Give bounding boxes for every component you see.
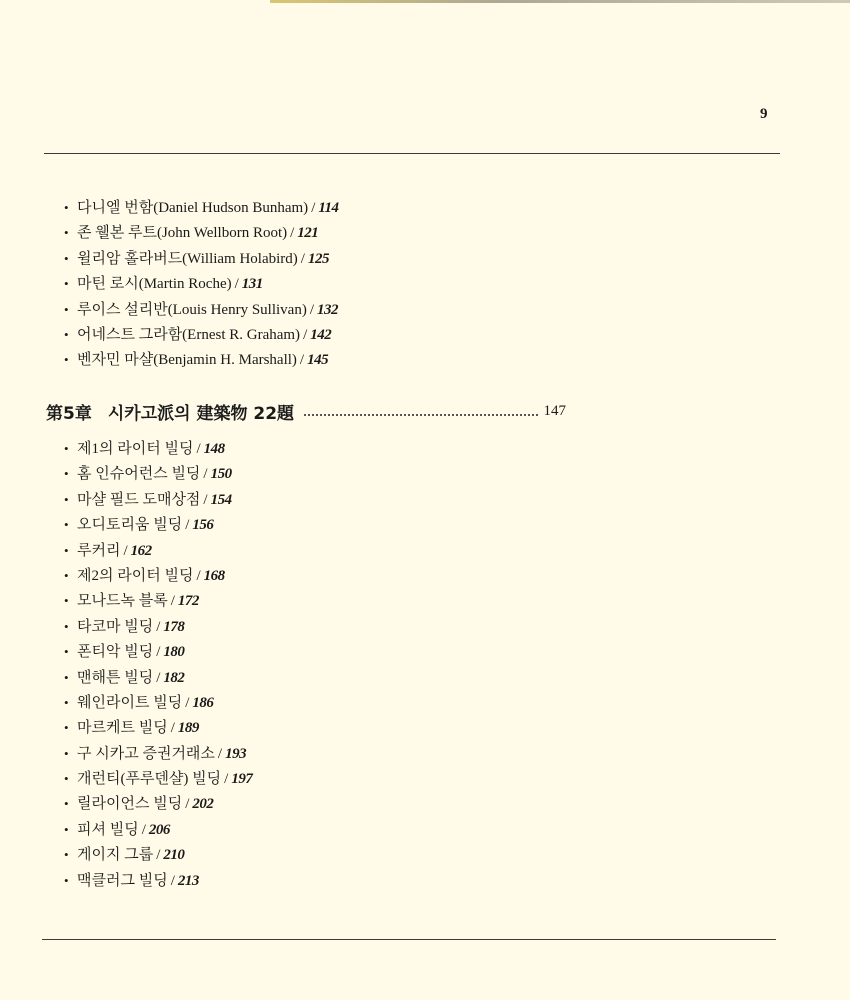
entry-title: 맥클러그 빌딩	[77, 873, 168, 889]
bullet-icon: •	[64, 791, 77, 816]
separator: /	[300, 352, 304, 368]
toc-entry-building[interactable]: •게이지 그룹/210	[64, 842, 252, 867]
toc-entry-building[interactable]: •제2의 라이터 빌딩/168	[64, 563, 252, 588]
bullet-icon: •	[64, 487, 77, 512]
entry-title: 폰티악 빌딩	[77, 644, 153, 660]
separator: /	[171, 873, 175, 889]
bullet-icon: •	[64, 715, 77, 740]
separator: /	[310, 302, 314, 318]
separator: /	[235, 276, 239, 292]
entry-title: 제2의 라이터 빌딩	[77, 568, 193, 584]
toc-entry-building[interactable]: •마샬 필드 도매상점/154	[64, 487, 252, 512]
entry-title: 제1의 라이터 빌딩	[77, 441, 193, 457]
entry-title: 릴라이언스 빌딩	[77, 796, 182, 812]
separator: /	[185, 517, 189, 533]
bullet-icon: •	[64, 868, 77, 893]
entry-title: 어네스트 그라함(Ernest R. Graham)	[77, 327, 300, 343]
entry-title: 루커리	[77, 543, 120, 559]
entry-page: 125	[308, 251, 329, 267]
separator: /	[311, 200, 315, 216]
toc-entry-building[interactable]: •피셔 빌딩/206	[64, 817, 252, 842]
entry-page: 114	[318, 200, 338, 216]
entry-title: 루이스 설리반(Louis Henry Sullivan)	[77, 302, 307, 318]
separator: /	[185, 796, 189, 812]
bullet-icon: •	[64, 271, 77, 296]
toc-entry-architect[interactable]: •루이스 설리반(Louis Henry Sullivan)/132	[64, 297, 339, 322]
separator: /	[123, 543, 127, 559]
bullet-icon: •	[64, 512, 77, 537]
separator: /	[303, 327, 307, 343]
entry-title: 다니엘 번함(Daniel Hudson Bunham)	[77, 200, 308, 216]
entry-page: 213	[178, 873, 199, 889]
separator: /	[224, 771, 228, 787]
toc-entry-architect[interactable]: •마틴 로시(Martin Roche)/131	[64, 271, 339, 296]
entry-page: 154	[211, 492, 232, 508]
separator: /	[156, 619, 160, 635]
entry-page: 150	[211, 466, 232, 482]
chapter-page: 147	[544, 403, 567, 420]
bullet-icon: •	[64, 817, 77, 842]
toc-entry-architect[interactable]: •윌리암 홀라버드(William Holabird)/125	[64, 246, 339, 271]
entry-title: 존 웰본 루트(John Wellborn Root)	[77, 225, 287, 241]
dot-leader	[304, 414, 537, 416]
toc-entry-building[interactable]: •폰티악 빌딩/180	[64, 639, 252, 664]
entry-page: 162	[131, 543, 152, 559]
entry-page: 193	[225, 746, 246, 762]
toc-entry-building[interactable]: •릴라이언스 빌딩/202	[64, 791, 252, 816]
entry-page: 145	[307, 352, 328, 368]
entry-page: 202	[192, 796, 213, 812]
entry-title: 홈 인슈어런스 빌딩	[77, 466, 200, 482]
separator: /	[156, 670, 160, 686]
separator: /	[290, 225, 294, 241]
entry-title: 구 시카고 증권거래소	[77, 746, 215, 762]
bullet-icon: •	[64, 461, 77, 486]
entry-title: 피셔 빌딩	[77, 822, 139, 838]
entry-page: 206	[149, 822, 170, 838]
bullet-icon: •	[64, 639, 77, 664]
toc-entry-building[interactable]: •구 시카고 증권거래소/193	[64, 741, 252, 766]
entry-page: 121	[297, 225, 318, 241]
toc-entry-building[interactable]: •오디토리움 빌딩/156	[64, 512, 252, 537]
toc-entry-building[interactable]: •루커리/162	[64, 538, 252, 563]
entry-title: 모나드녹 블록	[77, 593, 168, 609]
bullet-icon: •	[64, 614, 77, 639]
entry-title: 웨인라이트 빌딩	[77, 695, 182, 711]
entry-title: 게이지 그룹	[77, 847, 153, 863]
entry-page: 210	[163, 847, 184, 863]
entry-page: 156	[192, 517, 213, 533]
separator: /	[156, 644, 160, 660]
toc-entry-building[interactable]: •모나드녹 블록/172	[64, 588, 252, 613]
entry-title: 벤자민 마샬(Benjamin H. Marshall)	[77, 352, 297, 368]
bullet-icon: •	[64, 741, 77, 766]
entry-title: 타코마 빌딩	[77, 619, 153, 635]
separator: /	[171, 720, 175, 736]
bullet-icon: •	[64, 297, 77, 322]
entry-page: 197	[231, 771, 252, 787]
toc-entry-building[interactable]: •홈 인슈어런스 빌딩/150	[64, 461, 252, 486]
entry-page: 180	[163, 644, 184, 660]
entry-page: 186	[192, 695, 213, 711]
bullet-icon: •	[64, 842, 77, 867]
entry-page: 148	[204, 441, 225, 457]
page-number: 9	[760, 106, 768, 123]
separator: /	[156, 847, 160, 863]
separator: /	[203, 466, 207, 482]
toc-entry-architect[interactable]: •어네스트 그라함(Ernest R. Graham)/142	[64, 322, 339, 347]
bullet-icon: •	[64, 766, 77, 791]
separator: /	[196, 441, 200, 457]
bullet-icon: •	[64, 588, 77, 613]
separator: /	[185, 695, 189, 711]
bullet-icon: •	[64, 220, 77, 245]
entry-page: 132	[317, 302, 338, 318]
entry-page: 172	[178, 593, 199, 609]
entry-title: 마샬 필드 도매상점	[77, 492, 200, 508]
entry-page: 182	[163, 670, 184, 686]
building-list: •제1의 라이터 빌딩/148•홈 인슈어런스 빌딩/150•마샬 필드 도매상…	[64, 436, 252, 893]
bullet-icon: •	[64, 538, 77, 563]
separator: /	[203, 492, 207, 508]
entry-title: 맨해튼 빌딩	[77, 670, 153, 686]
entry-page: 178	[163, 619, 184, 635]
toc-entry-architect[interactable]: •다니엘 번함(Daniel Hudson Bunham)/114	[64, 195, 339, 220]
toc-entry-building[interactable]: •맨해튼 빌딩/182	[64, 665, 252, 690]
bullet-icon: •	[64, 322, 77, 347]
entry-title: 오디토리움 빌딩	[77, 517, 182, 533]
toc-entry-building[interactable]: •마르케트 빌딩/189	[64, 715, 252, 740]
toc-entry-building[interactable]: •제1의 라이터 빌딩/148	[64, 436, 252, 461]
footer-rule	[42, 939, 776, 940]
separator: /	[196, 568, 200, 584]
header-rule	[44, 153, 780, 154]
separator: /	[301, 251, 305, 267]
bullet-icon: •	[64, 563, 77, 588]
bullet-icon: •	[64, 195, 77, 220]
entry-title: 윌리암 홀라버드(William Holabird)	[77, 251, 298, 267]
entry-page: 131	[242, 276, 263, 292]
entry-page: 168	[204, 568, 225, 584]
toc-entry-architect[interactable]: •벤자민 마샬(Benjamin H. Marshall)/145	[64, 347, 339, 372]
architect-list: •다니엘 번함(Daniel Hudson Bunham)/114•존 웰본 루…	[64, 195, 339, 373]
separator: /	[142, 822, 146, 838]
bullet-icon: •	[64, 665, 77, 690]
entry-page: 142	[310, 327, 331, 343]
chapter-number: 第5章	[46, 399, 92, 424]
entry-page: 189	[178, 720, 199, 736]
entry-title: 마르케트 빌딩	[77, 720, 168, 736]
toc-entry-architect[interactable]: •존 웰본 루트(John Wellborn Root)/121	[64, 220, 339, 245]
toc-entry-building[interactable]: •타코마 빌딩/178	[64, 614, 252, 639]
chapter-heading[interactable]: 第5章 시카고派의 建築物 22題 147	[46, 399, 566, 424]
toc-entry-building[interactable]: •맥클러그 빌딩/213	[64, 868, 252, 893]
toc-entry-building[interactable]: •개런티(푸루덴샬) 빌딩/197	[64, 766, 252, 791]
bullet-icon: •	[64, 246, 77, 271]
separator: /	[171, 593, 175, 609]
bullet-icon: •	[64, 436, 77, 461]
separator: /	[218, 746, 222, 762]
toc-entry-building[interactable]: •웨인라이트 빌딩/186	[64, 690, 252, 715]
entry-title: 마틴 로시(Martin Roche)	[77, 276, 232, 292]
bullet-icon: •	[64, 690, 77, 715]
entry-title: 개런티(푸루덴샬) 빌딩	[77, 771, 221, 787]
bullet-icon: •	[64, 347, 77, 372]
chapter-title: 시카고派의 建築物 22題	[108, 399, 294, 424]
scan-top-edge	[270, 0, 850, 3]
